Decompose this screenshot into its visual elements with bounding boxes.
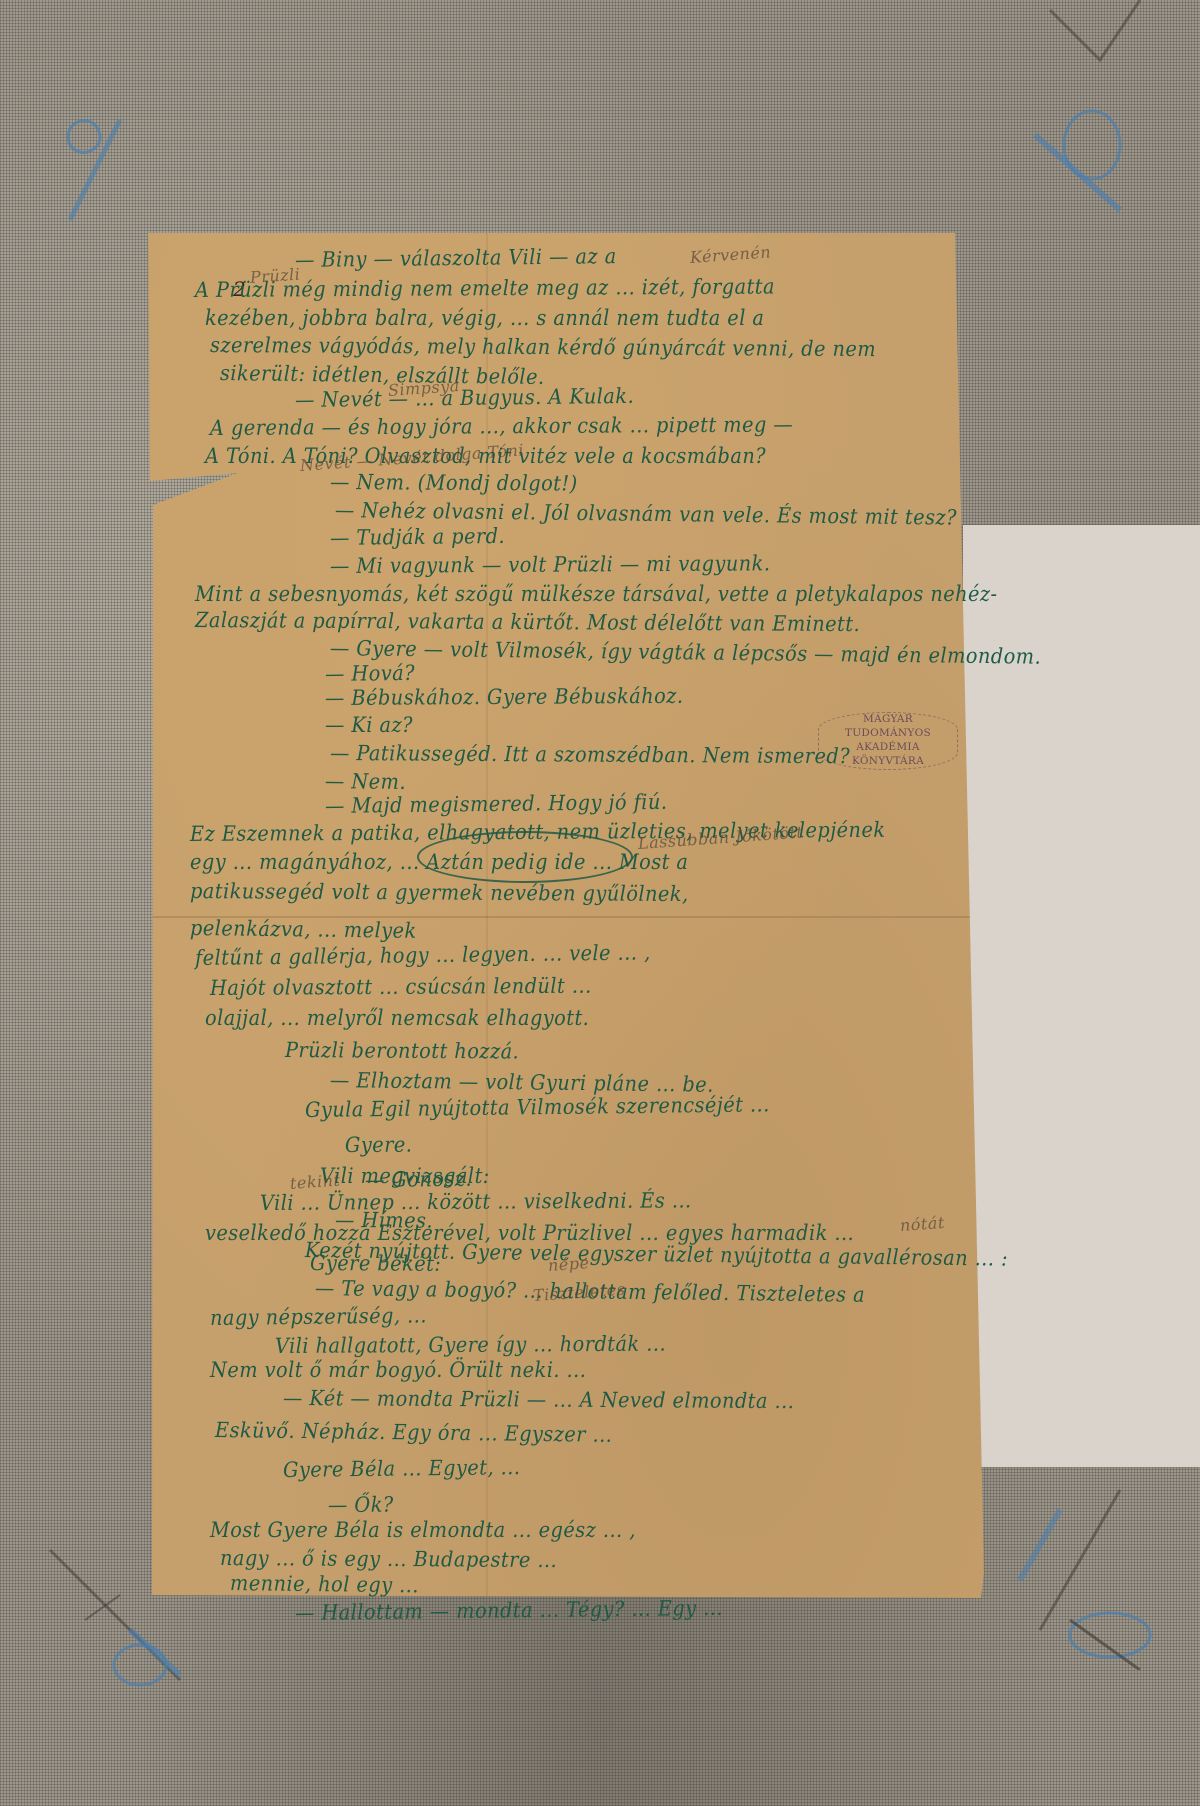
handwritten-line: Vili ... Ünnep ... között ... viselkedni… [260,1188,692,1215]
handwritten-line: Prüzli berontott hozzá. [285,1038,519,1063]
handwritten-line: mennie, hol egy ... [230,1571,419,1597]
pencil-mark-bottom-right-icon [1000,1470,1180,1670]
handwritten-line: Mint a sebesnyomás, két szögű mülkésze t… [195,582,998,606]
handwritten-line: olajjal, ... melyről nemcsak elhagyott. [205,1006,589,1030]
handwritten-line: Hajót olvasztott ... csúcsán lendült ... [210,974,592,1000]
handwritten-line: — Gonosz. [365,1167,472,1192]
handwritten-line: egy ... magányához, ... Aztán pedig ide … [190,850,688,874]
handwritten-line: nagy népszerűség, ... [210,1303,427,1330]
handwritten-line: Gyere Béla ... Egyet, ... [283,1455,521,1482]
pencil-annotation: népe [547,1253,590,1275]
handwritten-line: Gyere. [345,1133,413,1157]
pencil-annotation: nótát [899,1213,945,1235]
handwritten-line: — Biny — válaszolta Vili — az a [295,244,617,272]
handwritten-line: nagy ... ő is egy ... Budapestre ... [220,1546,557,1572]
handwritten-line: — Két — mondta Prüzli — ... A Neved elmo… [283,1386,794,1413]
handwritten-line: — Hová? [325,661,415,686]
handwritten-line: — Nem. (Mondj dolgot!) [330,470,578,496]
handwritten-line: Nem volt ő már bogyó. Örült neki. ... [210,1358,586,1382]
handwritten-line: — Patikussegéd. Itt a szomszédban. Nem i… [330,741,850,768]
handwritten-line: Most Gyere Béla is elmondta ... egész ..… [210,1518,636,1542]
handwritten-line: — Nevét — ... a Bugyus. A Kulak. [295,384,634,412]
handwritten-line: A gerenda — és hogy jóra ..., akkor csak… [210,412,793,440]
handwritten-line: Zalaszját a papírral, vakarta a kürtőt. … [195,608,860,636]
handwritten-line: — Mi vagyunk — volt Prüzli — mi vagyunk. [330,551,771,578]
handwritten-line: — Nem. [325,769,406,794]
handwritten-line: pelenkázva, ... melyek [190,916,417,943]
handwritten-line: veselkedő hozzá Eszterével, volt Prüzliv… [205,1221,854,1245]
handwritten-line: — Elhoztam — volt Gyuri pláne ... be. [330,1068,714,1097]
handwritten-line: — Majd megismered. Hogy jó fiú. [325,790,668,818]
handwritten-line: kezében, jobbra balra, végig, ... s anná… [205,306,764,330]
pencil-mark-top-right-icon [1010,0,1170,230]
handwritten-line: Gyere békét: [310,1251,441,1276]
handwritten-line: szerelmes vágyódás, mely halkan kérdő gú… [210,333,876,361]
handwritten-line: — Bébuskához. Gyere Bébuskához. [325,684,684,710]
handwritten-line: — Ők? [328,1493,394,1517]
handwritten-line: Vili hallgatott, Gyere így ... hordták .… [275,1332,666,1358]
handwritten-line: — Tudják a perd. [330,524,505,550]
handwritten-line: Esküvő. Népház. Egy óra ... Egyszer ... [215,1418,613,1447]
handwritten-line: — Ki az? [325,713,413,737]
pencil-mark-top-left-icon [40,100,140,230]
handwritten-line: patikussegéd volt a gyermek nevében gyűl… [190,879,689,906]
pencil-annotation: tekint [289,1171,341,1193]
pencil-annotation: Prüzli [249,265,301,287]
